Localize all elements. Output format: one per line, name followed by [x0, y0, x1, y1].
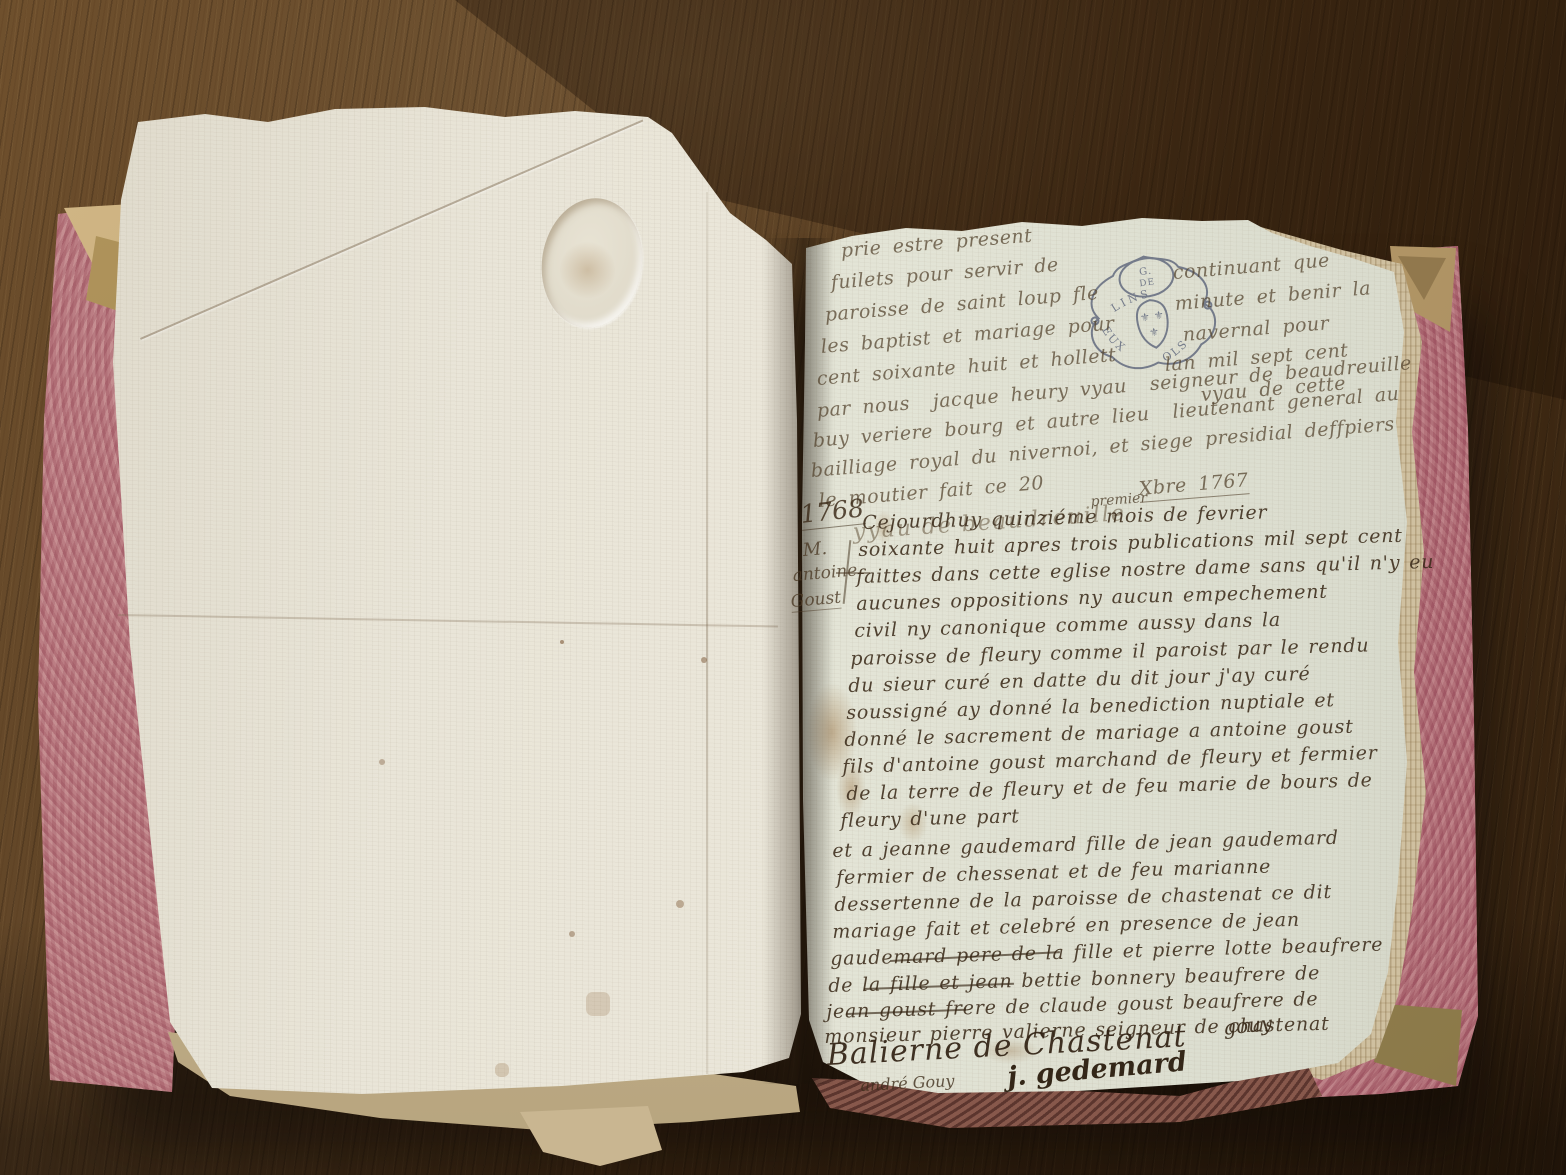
handwriting-line: fleury d'une part [840, 805, 1020, 832]
photo-stage: G. DE MOULINS DEUX SOLS ⚜ ⚜ ⚜ prie estre… [0, 0, 1566, 1175]
fleur-de-lis-icon: ⚜ [1153, 308, 1165, 322]
margin-year: 1768 [799, 493, 866, 530]
page-crease-vertical [706, 192, 708, 1074]
signature-witness: gouy [1222, 1011, 1273, 1040]
margin-note-name: Goust [790, 588, 842, 613]
stamp-text-g: G. [1139, 266, 1153, 279]
fleur-de-lis-icon: ⚜ [1139, 310, 1151, 324]
gutter-shadow [762, 238, 834, 1084]
embossed-seal-stain [560, 240, 615, 300]
foxing-specks [560, 640, 564, 644]
fleur-de-lis-icon: ⚜ [1148, 325, 1160, 339]
margin-note-abbr: M. [802, 538, 828, 561]
